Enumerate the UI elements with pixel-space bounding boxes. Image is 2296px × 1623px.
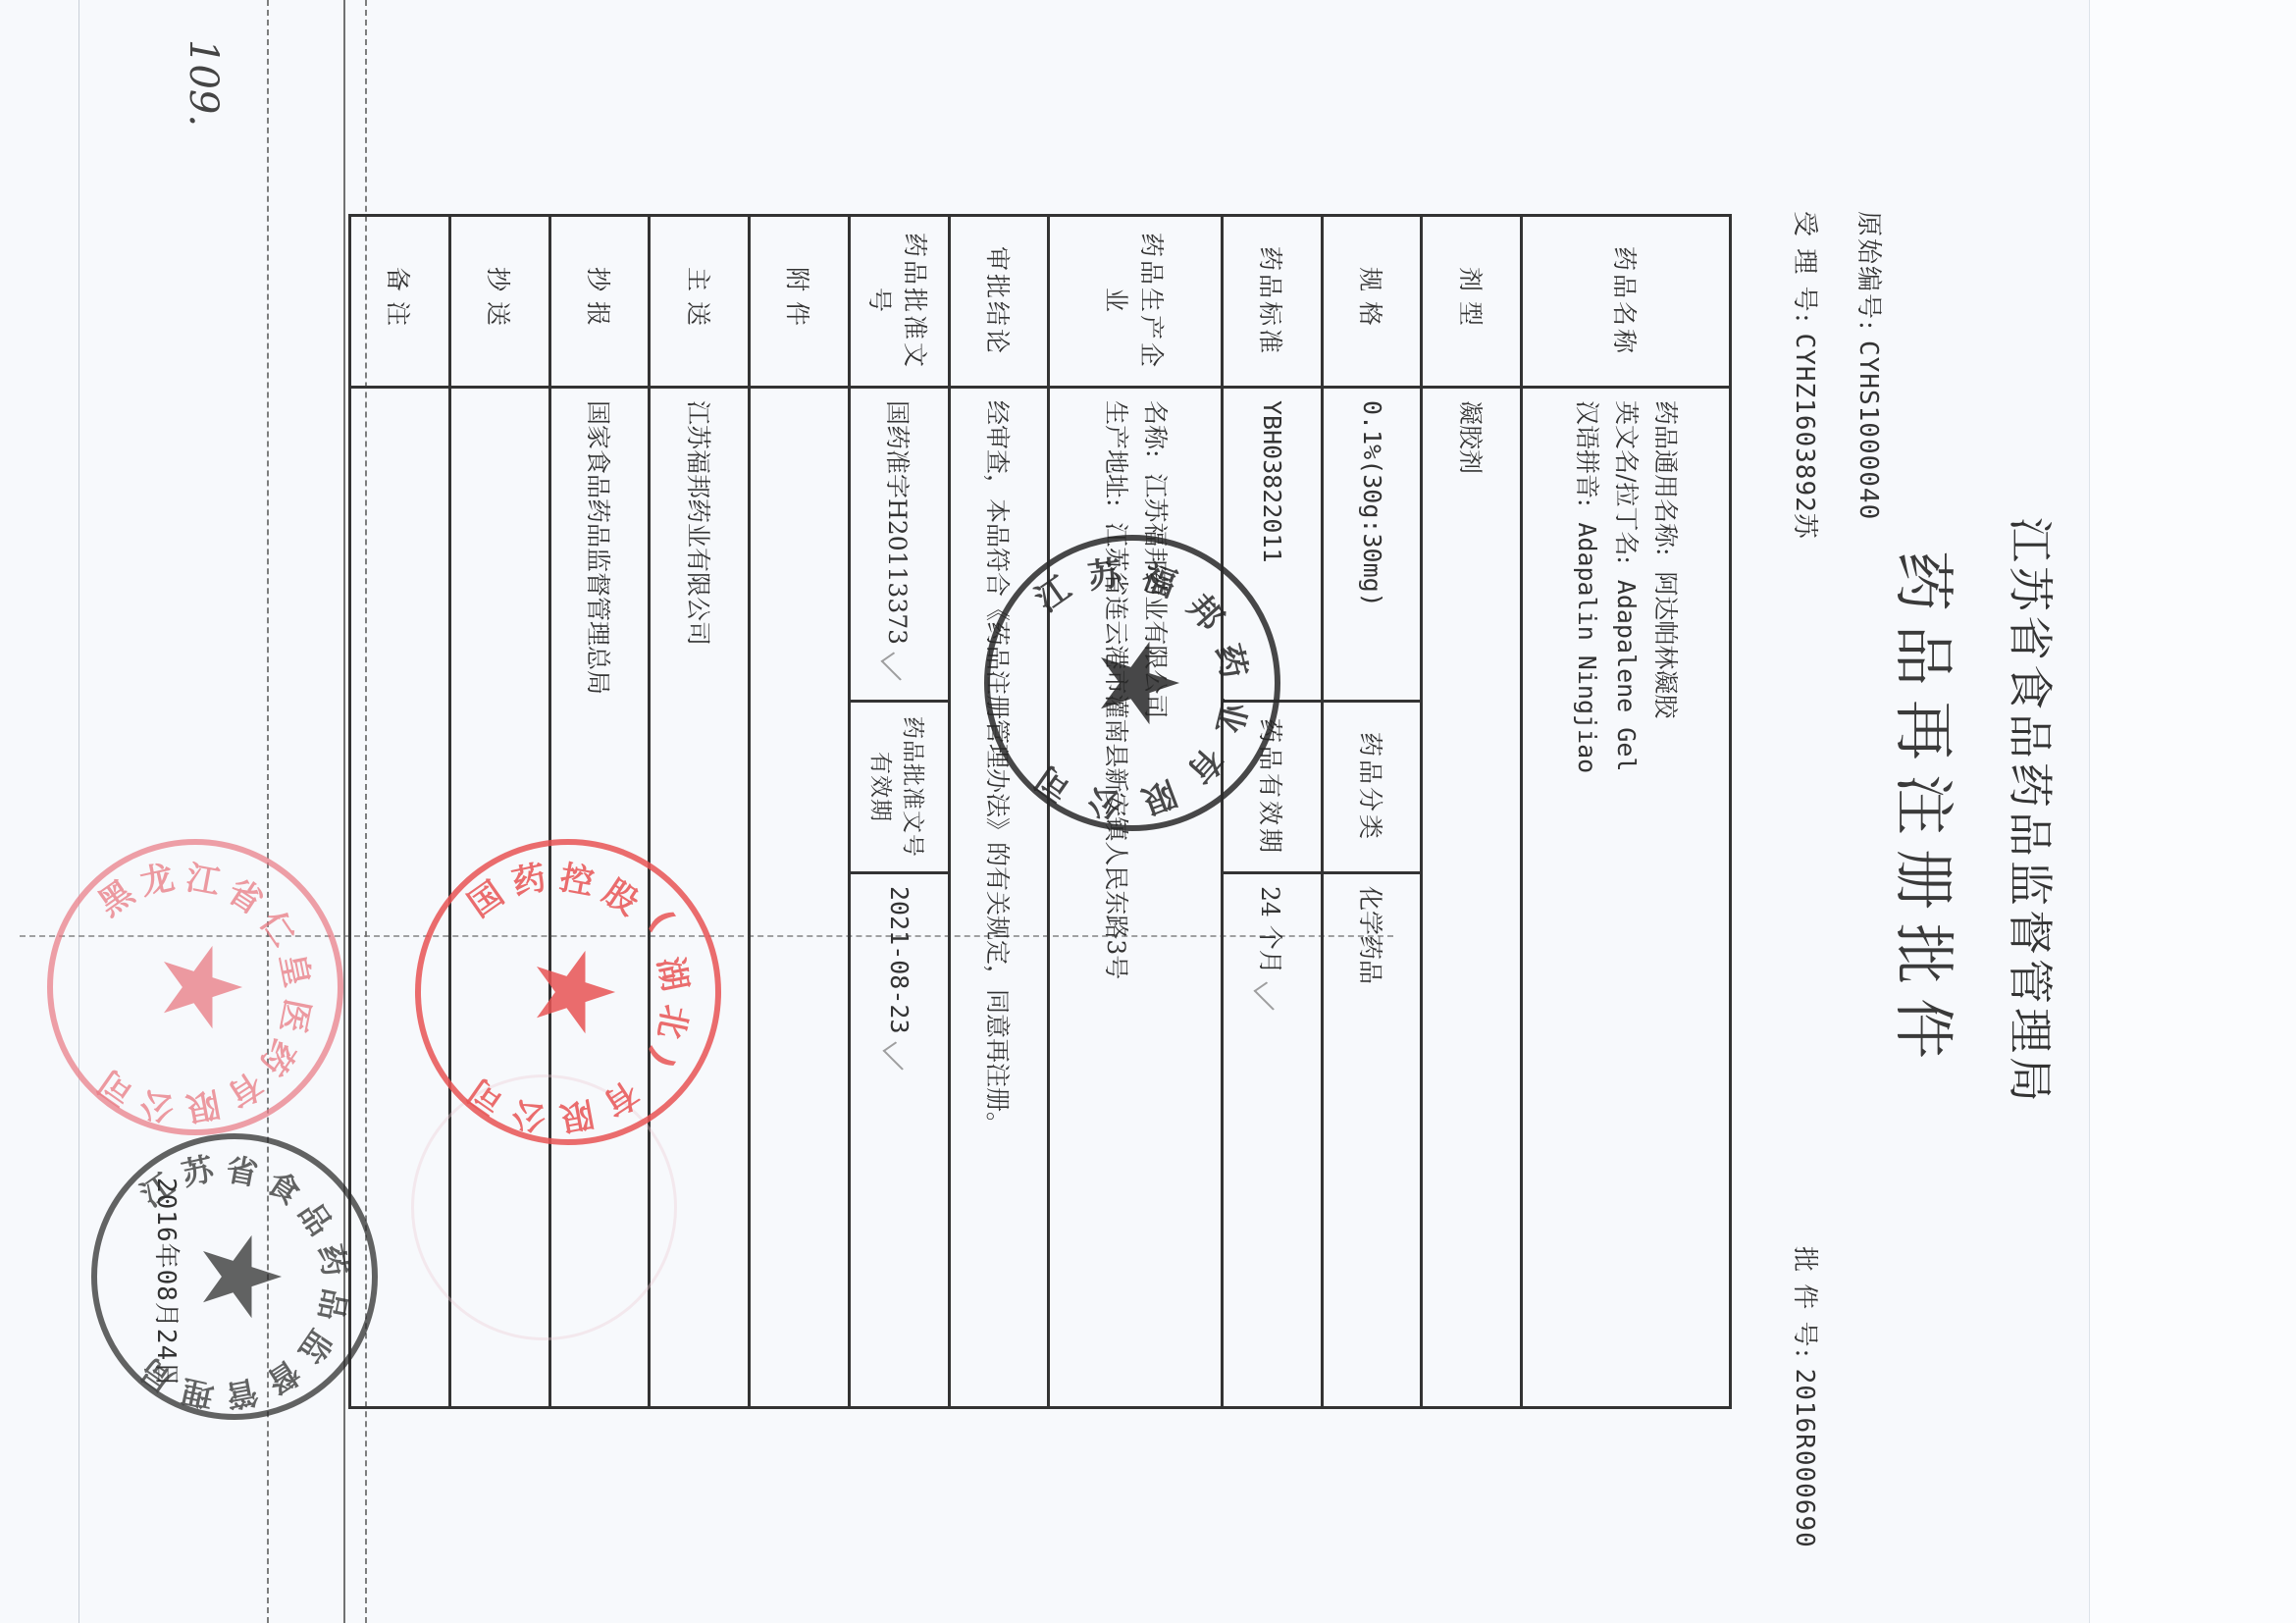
approval-doc-cell: 国药准字H20113373 (849, 388, 949, 702)
approval-doc-label: 药品批准文号 (849, 216, 949, 388)
check-icon (881, 653, 913, 681)
remarks-label: 备注 (350, 216, 450, 388)
acceptance-number-value: CYHZ1603892苏 (1790, 334, 1819, 540)
seal-char: 药 (507, 851, 550, 905)
seal-char: 有 (596, 1072, 650, 1130)
validity-cell: 24 个月 (1222, 873, 1322, 1408)
drug-name-cell: 药品通用名称: 阿达帕林凝胶 英文名/拉丁名: Adapalene Gel 汉语… (1522, 388, 1731, 1408)
seal-char: 管 (223, 1371, 262, 1421)
specification-value: 0.1%(30g:30mg) (1358, 400, 1386, 607)
seal-char: 省 (220, 864, 274, 923)
expiry-label: 药品批准文号有效期 (849, 702, 949, 873)
seal-char: 限 (183, 1082, 224, 1135)
category-value: 化学药品 (1322, 873, 1422, 1408)
seal-char: ( (641, 903, 682, 937)
generic-name-value: 阿达帕林凝胶 (1651, 571, 1680, 718)
manufacturer-name-label: 名称: (1141, 400, 1170, 457)
pinyin-value: Adapalin Ningjiao (1573, 522, 1601, 773)
distributor-seal-2: 国药控股(湖北)有限公司 ★ (415, 839, 721, 1145)
approval-document: 江苏省食品药品监督管理局 药品再注册批件 原始编号: CYHS1000040 受… (0, 0, 2296, 1623)
seal-char: 司 (1023, 757, 1078, 815)
manufacturer-address-label: 生产地址: (1102, 400, 1130, 506)
table-row-drug-name: 药品名称 药品通用名称: 阿达帕林凝胶 英文名/拉丁名: Adapalene G… (1522, 216, 1731, 1408)
check-icon (1254, 981, 1286, 1010)
expiry-cell: 2021-08-23 (849, 873, 949, 1408)
seal-char: 有 (1178, 739, 1236, 796)
attachment-value (750, 388, 850, 1408)
conclusion-label: 审批结论 (949, 216, 1049, 388)
seal-char: 药 (250, 1032, 309, 1087)
handwritten-page-number: 109. (181, 39, 226, 127)
company-seal: 江苏福邦药业有限公司 ★ (984, 535, 1280, 831)
issuer-title: 江苏省食品药品监督管理局 (2001, 0, 2065, 1623)
original-number-label: 原始编号: (1853, 211, 1883, 332)
seal-char: 江 (1023, 563, 1078, 622)
original-number-value: CYHS1000040 (1853, 340, 1883, 520)
seal-char: 公 (1084, 780, 1123, 832)
seal-char: 黑 (86, 867, 141, 926)
standard-value: YBH03822011 (1258, 400, 1286, 563)
report-to-label: 抄报 (549, 216, 650, 388)
seal-char: 品 (309, 1285, 359, 1325)
seal-char: 江 (183, 850, 224, 903)
seal-char: 限 (1136, 771, 1184, 828)
drug-name-label: 药品名称 (1522, 216, 1731, 388)
approval-number-label: 批 件 号: (1790, 1246, 1819, 1359)
english-name-value: Adapalene Gel (1612, 580, 1641, 772)
seal-char: 湖 (649, 953, 703, 995)
seal-char: 药 (1207, 639, 1262, 683)
seal-char: 食 (259, 1159, 310, 1214)
star-icon: ★ (138, 939, 264, 1036)
acceptance-number-label: 受 理 号: (1790, 211, 1819, 324)
seal-char: 国 (457, 867, 512, 926)
seal-char: 督 (259, 1351, 310, 1406)
authority-seal: 江苏省食品药品监督管理局 ★ (91, 1133, 378, 1420)
seal-char: 控 (556, 850, 598, 903)
seal-char: 股 (596, 865, 650, 924)
approval-number-value: 2016R000690 (1790, 1369, 1819, 1548)
copy-to-label: 抄送 (449, 216, 549, 388)
original-number: 原始编号: CYHS1000040 (1852, 211, 1889, 520)
seal-char: 医 (271, 995, 325, 1037)
check-icon (882, 1041, 914, 1070)
category-label: 药品分类 (1322, 702, 1422, 873)
validity-value: 24 个月 (1256, 886, 1284, 974)
seal-char: 北 (649, 1001, 703, 1043)
seal-char: 苏 (1084, 546, 1123, 598)
generic-name-label: 药品通用名称: (1651, 400, 1680, 555)
issue-date: 2016年08月24日 (150, 1178, 186, 1387)
star-icon: ★ (1075, 635, 1201, 732)
seal-char: 公 (135, 1081, 179, 1135)
acceptance-number: 受 理 号: CYHZ1603892苏 (1789, 211, 1825, 540)
seal-char: 司 (86, 1061, 141, 1120)
seal-char: ) (641, 1040, 682, 1074)
standard-label: 药品标准 (1222, 216, 1322, 388)
seal-char: 监 (289, 1322, 344, 1373)
document-title: 药品再注册批件 (1885, 0, 1972, 1623)
table-row-specification: 规格 0.1%(30g:30mg) 药品分类 化学药品 (1322, 216, 1422, 1408)
attachment-label: 附件 (750, 216, 850, 388)
english-name-label: 英文名/拉丁名: (1612, 400, 1641, 564)
manufacturer-label: 药品生产企业 (1049, 216, 1223, 388)
seal-char: 皇 (271, 949, 325, 991)
dosage-form-value: 凝胶剂 (1422, 388, 1522, 1408)
specification-cell: 0.1%(30g:30mg) (1322, 388, 1422, 702)
approval-number: 批 件 号: 2016R000690 (1789, 1246, 1825, 1548)
seal-char: 有 (220, 1063, 274, 1122)
seal-char: 邦 (1178, 582, 1236, 639)
star-icon: ★ (178, 1229, 303, 1326)
approval-doc-value: 国药准字H20113373 (883, 400, 912, 645)
seal-char: 福 (1136, 550, 1184, 606)
dosage-form-label: 剂型 (1422, 216, 1522, 388)
table-row-attachment: 附件 (750, 216, 850, 1408)
seal-char: 司 (457, 1070, 512, 1128)
seal-char: 省 (223, 1144, 262, 1194)
pinyin-label: 汉语拼音: (1573, 400, 1601, 506)
specification-label: 规格 (1322, 216, 1422, 388)
seal-char: 公 (507, 1091, 550, 1145)
main-recipient-label: 主送 (650, 216, 750, 388)
expiry-value: 2021-08-23 (885, 886, 913, 1034)
seal-char: 药 (309, 1240, 359, 1280)
table-row-dosage-form: 剂型 凝胶剂 (1422, 216, 1522, 1408)
table-row-approval-doc: 药品批准文号 国药准字H20113373 药品批准文号有效期 2021-08-2… (849, 216, 949, 1408)
seal-char: 龙 (135, 851, 179, 905)
distributor-seal-1: 黑龙江省仁皇医药有限公司 ★ (47, 839, 343, 1135)
star-icon: ★ (511, 944, 637, 1041)
seal-char: 业 (1207, 696, 1262, 740)
seal-char: 限 (556, 1092, 598, 1145)
